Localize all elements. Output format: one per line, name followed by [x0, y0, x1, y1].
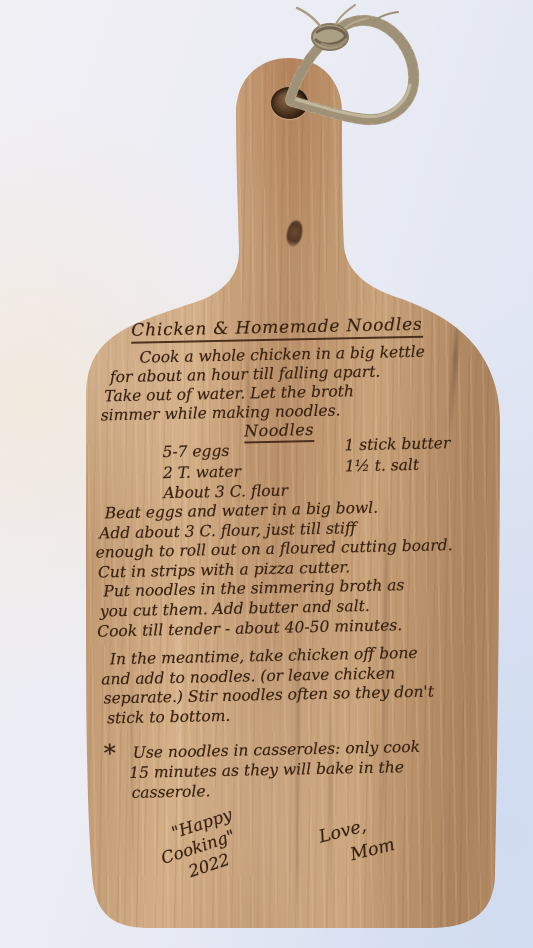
- signoff-happy-cooking: "Happy Cooking" 2022: [148, 804, 248, 890]
- hanging-hole: [271, 87, 308, 119]
- ingredient-item: 1½ t. salt: [345, 454, 451, 477]
- photo-scene: Chicken & Homemade Noodles Cook a whole …: [0, 0, 533, 948]
- ingredients-right-column: 1 stick butter 1½ t. salt: [344, 433, 451, 476]
- recipe-title-text: Chicken & Homemade Noodles: [131, 315, 423, 344]
- ingredient-item: 5-7 eggs: [162, 440, 287, 463]
- method-paragraph: Beat eggs and water in a big bowl. Add a…: [95, 496, 504, 642]
- asterisk-marker: *: [104, 743, 116, 763]
- meantime-paragraph: In the meantime, take chicken off bone a…: [101, 642, 507, 729]
- casserole-note: * Use noodles in casseroles: only cook 1…: [104, 735, 505, 803]
- recipe-title: Chicken & Homemade Noodles: [107, 314, 447, 341]
- ingredient-item: 1 stick butter: [344, 433, 450, 456]
- twine-knot: [312, 24, 348, 50]
- twine-fray: [297, 8, 320, 26]
- twine-fray: [336, 5, 355, 24]
- cutting-board: Chicken & Homemade Noodles Cook a whole …: [0, 0, 533, 948]
- twine-fray: [345, 18, 368, 28]
- recipe-intro-paragraph: Cook a whole chicken in a big kettle for…: [93, 342, 481, 426]
- wood-specks: [420, 272, 423, 275]
- ingredient-item: 2 T. water: [163, 460, 288, 483]
- signoff-love-mom: Love, Mom: [303, 809, 398, 878]
- ingredients-left-column: 5-7 eggs 2 T. water About 3 C. flour: [162, 440, 288, 504]
- twine-fray: [372, 12, 398, 22]
- engraved-recipe: Chicken & Homemade Noodles Cook a whole …: [0, 0, 533, 948]
- note-lines: Use noodles in casseroles: only cook 15 …: [104, 735, 505, 803]
